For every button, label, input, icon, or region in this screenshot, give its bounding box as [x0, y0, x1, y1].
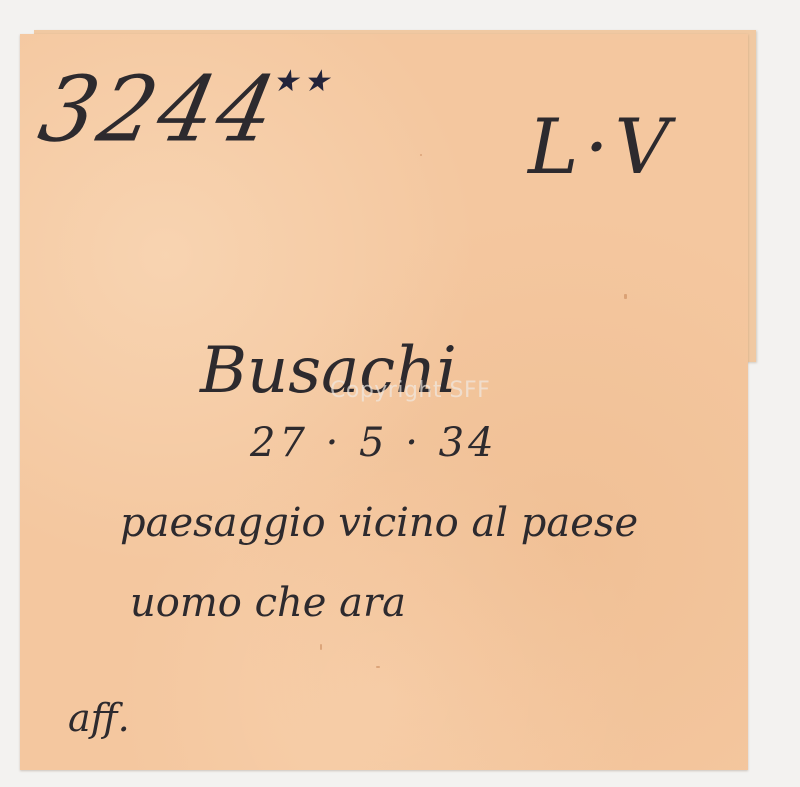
catalog-number: 3244 — [31, 58, 288, 163]
star-icon: ★★ — [272, 64, 334, 99]
paper-fiber — [420, 154, 422, 156]
description-line: paesaggio vicino al paese — [120, 500, 638, 546]
description-line: uomo che ara — [130, 580, 406, 626]
paper-fiber — [624, 294, 627, 299]
copyright-watermark: Copyright SFF — [330, 378, 490, 403]
paper-fiber — [320, 644, 322, 650]
label-card: 3244 ★★ L·V Busachi 27 · 5 · 34 paesaggi… — [20, 34, 748, 770]
date: 27 · 5 · 34 — [250, 420, 498, 466]
paper-fiber — [376, 666, 380, 668]
signature: aff. — [68, 696, 130, 740]
initials: L·V — [528, 102, 676, 191]
